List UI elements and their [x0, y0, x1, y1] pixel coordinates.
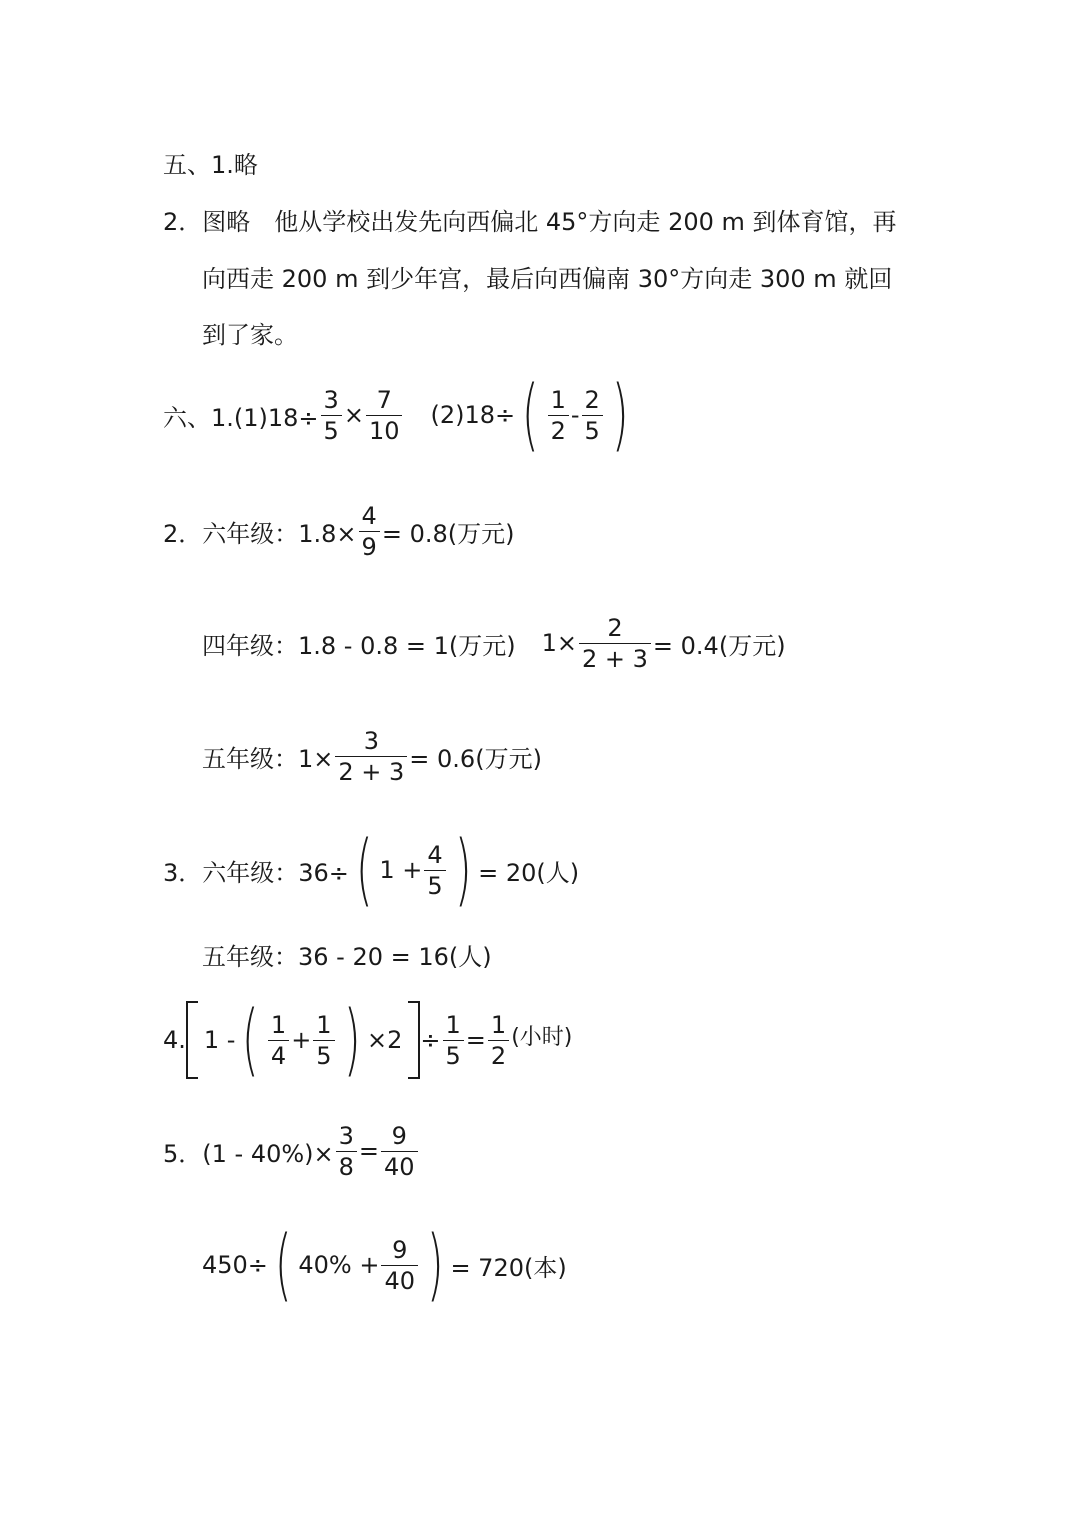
right-paren: ): [612, 376, 629, 454]
expression-text: 40% +: [298, 1251, 379, 1279]
answer-6-3-line1: 3．六年级：36÷ ( 1 + 45 ) = 20(人): [163, 830, 579, 910]
expression-text: 450÷: [202, 1251, 268, 1279]
numerator: 2: [582, 388, 603, 415]
answer-6-3-line2: 五年级：36 - 20 = 16(人): [202, 937, 492, 972]
fraction: 12: [488, 1013, 509, 1068]
unit-text: (小时): [511, 1020, 572, 1051]
expression-text: = 0.4(万元): [653, 626, 786, 661]
parenthesis-group: ( 14 + 15 ): [235, 1001, 367, 1079]
fraction: 22 + 3: [579, 616, 651, 671]
denominator: 10: [366, 415, 403, 443]
fraction: 12: [548, 388, 569, 443]
fraction: 14: [268, 1013, 289, 1068]
fraction: 710: [366, 388, 403, 443]
right-bracket: [408, 1001, 420, 1079]
answer-6-4: 4. 1 - ( 14 + 15 ) ×2 ÷ 15 = 12 (小时): [163, 1000, 572, 1080]
expression-text: 1×: [542, 629, 577, 657]
operator: ×: [344, 401, 364, 429]
numerator: 3: [336, 1124, 357, 1151]
left-paren: (: [356, 831, 373, 909]
fraction: 940: [381, 1238, 418, 1293]
expression-text: 1 +: [379, 856, 422, 884]
denominator: 8: [336, 1151, 357, 1179]
answer-6-2-line2: 四年级：1.8 - 0.8 = 1(万元) 1× 22 + 3 = 0.4(万元…: [202, 607, 786, 679]
answer-6-2-line3: 五年级：1× 32 + 3 = 0.6(万元): [202, 720, 542, 792]
numerator: 1: [443, 1013, 464, 1040]
parenthesis-group: ( 40% + 940 ): [268, 1226, 451, 1304]
fraction: 25: [582, 388, 603, 443]
fraction: 940: [381, 1124, 418, 1179]
parenthesis-group: ( 12 - 25 ): [515, 376, 635, 454]
left-paren: (: [275, 1226, 292, 1304]
fraction: 45: [424, 843, 445, 898]
answer-6-5-line1: 5．(1 - 40%)× 38 = 940: [163, 1115, 420, 1187]
expression-text: 五年级：36 - 20 = 16(人): [202, 937, 492, 972]
right-paren: ): [343, 1001, 360, 1079]
numerator: 1: [268, 1013, 289, 1040]
numerator: 1: [488, 1013, 509, 1040]
denominator: 40: [381, 1151, 418, 1179]
denominator: 2: [488, 1040, 509, 1068]
numerator: 9: [389, 1124, 410, 1151]
denominator: 9: [359, 531, 380, 559]
answer-text: 2．图略 他从学校出发先向西偏北 45°方向走 200 m 到体育馆，再: [163, 202, 897, 237]
expression-text: (2)18÷: [430, 401, 515, 429]
answer-5-2-line2: 向西走 200 m 到少年宫，最后向西偏南 30°方向走 300 m 就回: [202, 259, 892, 294]
answer-6-5-line2: 450÷ ( 40% + 940 ) = 720(本): [202, 1225, 567, 1305]
denominator: 2 + 3: [579, 643, 651, 671]
left-paren: (: [242, 1001, 259, 1079]
right-paren: ): [427, 1226, 444, 1304]
answer-5-2-line1: 2．图略 他从学校出发先向西偏北 45°方向走 200 m 到体育馆，再: [163, 202, 897, 237]
numerator: 2: [604, 616, 625, 643]
left-bracket: [186, 1001, 198, 1079]
operator: =: [466, 1026, 486, 1054]
expression-text: 2．六年级：1.8×: [163, 514, 357, 549]
fraction: 15: [313, 1013, 334, 1068]
numerator: 7: [374, 388, 395, 415]
parenthesis-group: ( 1 + 45 ): [349, 831, 478, 909]
expression-text: = 720(本): [450, 1248, 566, 1283]
numerator: 4: [424, 843, 445, 870]
denominator: 2 + 3: [335, 756, 407, 784]
fraction: 38: [336, 1124, 357, 1179]
fraction: 32 + 3: [335, 729, 407, 784]
fraction: 35: [321, 388, 342, 443]
numerator: 1: [313, 1013, 334, 1040]
denominator: 5: [582, 415, 603, 443]
denominator: 4: [268, 1040, 289, 1068]
denominator: 40: [381, 1265, 418, 1293]
numerator: 4: [359, 504, 380, 531]
numerator: 3: [361, 729, 382, 756]
operator: -: [571, 401, 580, 429]
denominator: 5: [313, 1040, 334, 1068]
numerator: 1: [548, 388, 569, 415]
answer-5-2-line3: 到了家。: [202, 315, 298, 350]
fraction: 15: [443, 1013, 464, 1068]
expression-text: 六、1.(1)18÷: [163, 398, 319, 433]
expression-text: = 0.6(万元): [409, 739, 542, 774]
expression-text: 5．(1 - 40%)×: [163, 1134, 334, 1169]
expression-text: ×2: [367, 1026, 402, 1054]
operator: =: [359, 1137, 379, 1165]
expression-text: 4.: [163, 1026, 186, 1054]
denominator: 5: [321, 415, 342, 443]
left-paren: (: [522, 376, 539, 454]
denominator: 2: [548, 415, 569, 443]
answer-text: 向西走 200 m 到少年宫，最后向西偏南 30°方向走 300 m 就回: [202, 259, 892, 294]
expression-text: 四年级：1.8 - 0.8 = 1(万元): [202, 626, 516, 661]
right-paren: ): [455, 831, 472, 909]
expression-text: 五年级：1×: [202, 739, 333, 774]
fraction: 49: [359, 504, 380, 559]
operator: ÷: [420, 1026, 440, 1054]
denominator: 5: [443, 1040, 464, 1068]
denominator: 5: [424, 870, 445, 898]
answer-5-1: 五、1.略: [163, 145, 258, 180]
answer-6-1: 六、1.(1)18÷ 35 × 710 (2)18÷ ( 12 - 25 ): [163, 375, 635, 455]
numerator: 3: [321, 388, 342, 415]
expression-text: = 20(人): [478, 853, 579, 888]
answer-text: 五、1.略: [163, 145, 258, 180]
operator: +: [291, 1026, 311, 1054]
answer-6-2-line1: 2．六年级：1.8× 49 = 0.8(万元): [163, 495, 514, 567]
expression-text: 1 -: [204, 1026, 236, 1054]
expression-text: 3．六年级：36÷: [163, 853, 349, 888]
answer-text: 到了家。: [202, 315, 298, 350]
numerator: 9: [389, 1238, 410, 1265]
expression-text: = 0.8(万元): [382, 514, 515, 549]
